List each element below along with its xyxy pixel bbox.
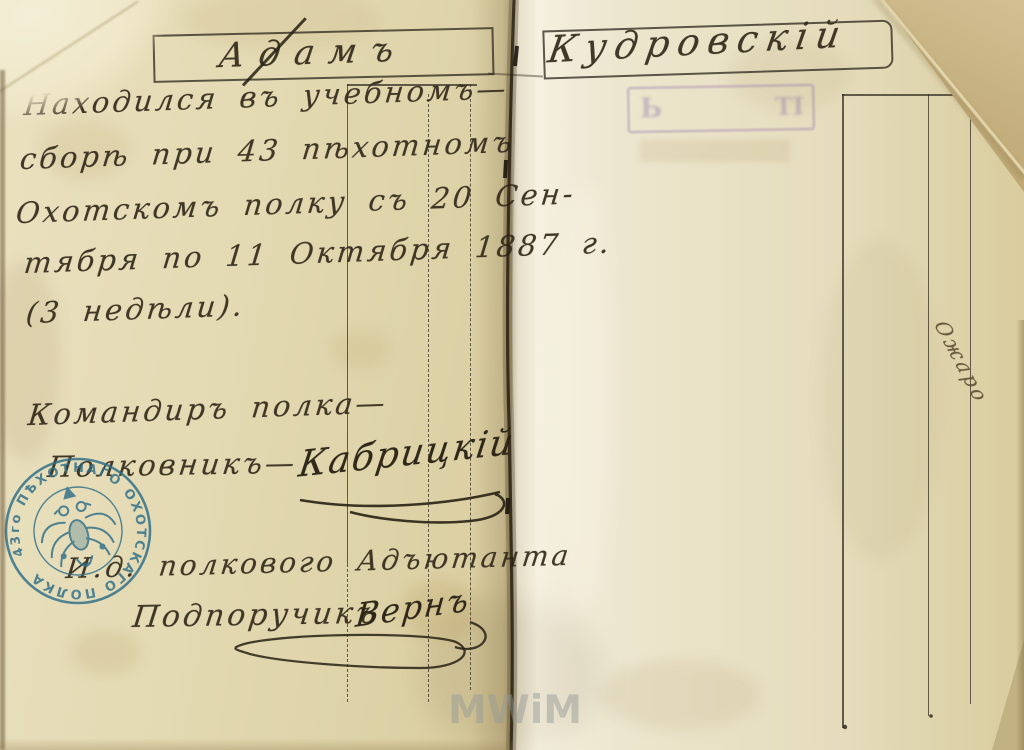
left-header-name: Адамъ xyxy=(216,29,410,76)
faint-stamp-glyph-right: ТІ xyxy=(775,92,805,122)
faint-stamp-glyph-left: Ь xyxy=(640,93,663,124)
faint-rect-stamp: Ь ТІ xyxy=(627,83,816,133)
paper-stain xyxy=(330,330,390,370)
edge-right xyxy=(1016,320,1024,750)
gutter-shading xyxy=(470,0,620,750)
faint-smudge xyxy=(640,140,790,162)
adjutant-rank: Подпоручикъ xyxy=(131,596,381,635)
right-column-rule xyxy=(928,94,929,716)
right-column-rule xyxy=(842,94,844,728)
scan-watermark: MWiM xyxy=(448,688,582,733)
record-book-scan: 18 Адамъ Находился въ учебномъ— сборѣ пр… xyxy=(0,0,1024,750)
paper-stain xyxy=(70,630,140,675)
edge-bottom-left xyxy=(0,738,512,750)
paper-stain xyxy=(820,240,940,560)
rank-line: Полковникъ— xyxy=(46,446,299,484)
edge-left xyxy=(0,70,5,750)
paper-stain xyxy=(600,660,760,730)
left-column-rule xyxy=(347,564,348,702)
